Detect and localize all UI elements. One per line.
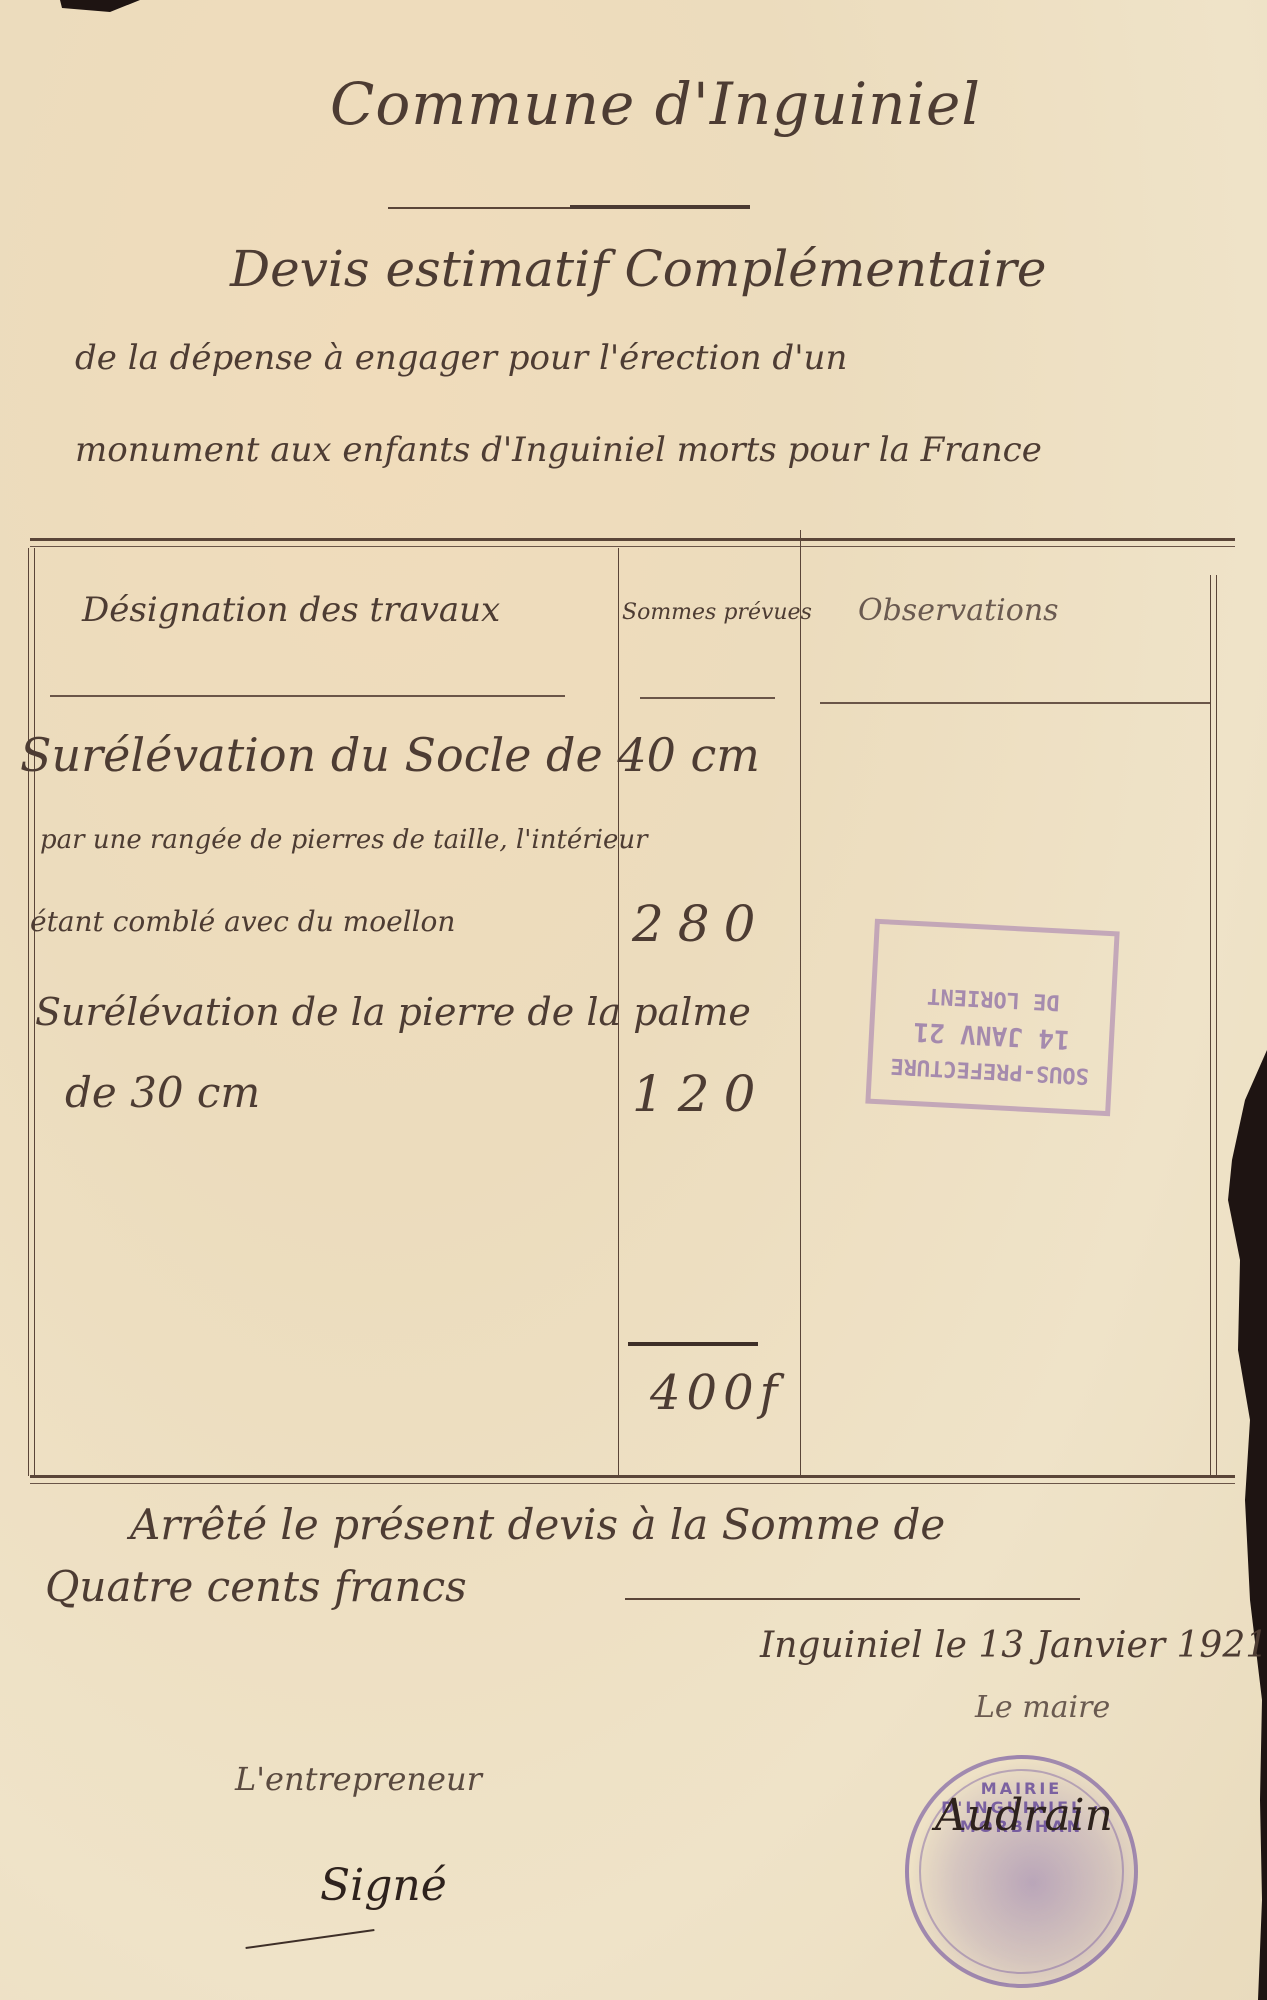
document-header: Commune d'Inguiniel	[330, 70, 981, 138]
table-bottom-border-inner	[30, 1483, 1235, 1484]
table-top-border	[30, 538, 1235, 541]
total-rule	[628, 1342, 758, 1346]
mayor-signature: Audrain	[935, 1790, 1113, 1841]
row1-amount: 280	[632, 895, 769, 953]
contractor-label: L'entrepreneur	[235, 1760, 482, 1798]
column-divider-2	[800, 530, 801, 1476]
row1-line2: par une rangée de pierres de taille, l'i…	[40, 825, 648, 855]
row2-line2: de 30 cm	[65, 1068, 260, 1117]
closing-rule	[625, 1598, 1080, 1600]
document-title: Devis estimatif Complémentaire	[230, 240, 1046, 298]
total-amount: 400f	[650, 1365, 783, 1421]
header-underline-thick	[570, 205, 750, 209]
table-right-border	[1210, 575, 1211, 1475]
contractor-signature: Signé	[320, 1860, 447, 1911]
header-rule-2	[640, 697, 775, 699]
mayor-label: Le maire	[975, 1690, 1110, 1725]
table-right-border-inner	[1216, 575, 1217, 1475]
closing-line1: Arrêté le présent devis à la Somme de	[130, 1500, 945, 1549]
document-subtitle-line2: monument aux enfants d'Inguiniel morts p…	[75, 430, 1042, 470]
row1-line1: Surélévation du Socle de 40 cm	[20, 728, 760, 782]
row2-amount: 120	[632, 1065, 769, 1123]
column-header-amounts: Sommes prévues	[622, 600, 812, 625]
place-date: Inguiniel le 13 Janvier 1921	[760, 1625, 1267, 1666]
column-header-observations: Observations	[858, 593, 1059, 628]
document-subtitle-line1: de la dépense à engager pour l'érection …	[75, 338, 847, 378]
header-rule-1	[50, 695, 565, 697]
table-bottom-border	[30, 1475, 1235, 1478]
closing-line2: Quatre cents francs	[45, 1562, 467, 1611]
table-left-border	[28, 548, 29, 1476]
column-header-designation: Désignation des travaux	[82, 590, 500, 630]
header-rule-3	[820, 702, 1210, 704]
table-top-border-inner	[30, 546, 1235, 547]
row1-line3: étant comblé avec du moellon	[30, 905, 455, 938]
prefecture-stamp: SOUS-PREFECTURE 14 JANV 21 DE LORIENT	[865, 919, 1119, 1117]
row2-line1: Surélévation de la pierre de la palme	[35, 990, 751, 1034]
